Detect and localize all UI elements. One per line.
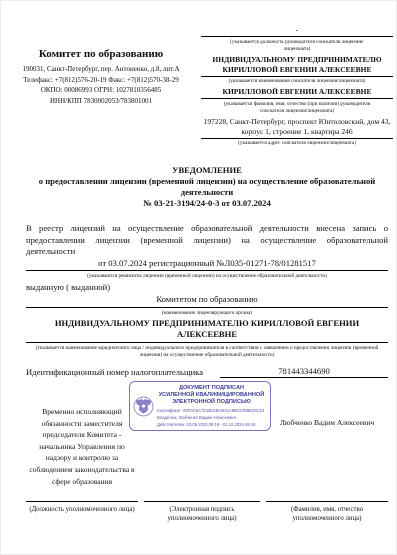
signer-name: Любченко Вадим Алексеевич <box>266 406 388 502</box>
stamp-certificate: Сертификат: 00F0C5A7D1B31BAE31A86D37B9E0… <box>157 406 266 413</box>
licensee-line: ИНДИВИДУАЛЬНОМУ ПРЕДПРИНИМАТЕЛЮ КИРИЛЛОВ… <box>26 318 388 343</box>
recipient-address-value: 197228, Санкт-Петербург, проспект Юнтоло… <box>201 117 393 139</box>
authority-line: Комитетом по образованию <box>26 294 388 308</box>
recipient-org-value: ИНДИВИДУАЛЬНОМУ ПРЕДПРИНИМАТЕЛЮ КИРИЛЛОВ… <box>201 55 393 77</box>
esignature-stamp: ДОКУМЕНТ ПОДПИСАН УСИЛЕННОЙ КВАЛИФИЦИРОВ… <box>129 381 271 431</box>
signature-name-column: Любченко Вадим Алексеевич (Фамилия, имя,… <box>266 406 388 524</box>
recipient-block: - (указывается должность руководителя со… <box>201 25 393 149</box>
document-number: № 03-21-3194/24-0-3 от 03.07.2024 <box>26 198 388 209</box>
inn-value: 781443344690 <box>220 365 388 378</box>
recipient-head-caption: (указывается фамилия, имя, отчество (при… <box>201 99 393 117</box>
sender-okpo-ogrn: ОКПО: 00086993 ОГРН: 1027810356485 <box>7 85 195 96</box>
authority-caption: (наименование лицензирующего органа) <box>26 308 388 318</box>
recipient-address-caption: (указывается адрес соискателя лицензии/л… <box>201 139 393 150</box>
sender-letterhead: Комитет по образованию 190031, Санкт-Пет… <box>7 47 195 106</box>
stamp-owner: Владелец: Любченко Вадим Алексеевич <box>157 413 266 420</box>
document-title: УВЕДОМЛЕНИЕ <box>26 165 388 176</box>
stamp-header-line1: ДОКУМЕНТ ПОДПИСАН <box>157 385 266 392</box>
recipient-head-value: КИРИЛЛОВОЙ ЕВГЕНИИ АЛЕКСЕЕВНЕ <box>201 87 393 99</box>
recipient-position-value: - <box>201 25 393 37</box>
stamp-header-line2: УСИЛЕННОЙ КВАЛИФИЦИРОВАННОЙ <box>157 392 266 399</box>
coat-of-arms-icon <box>133 396 154 417</box>
document-subtitle: о предоставлении лицензии (временной лиц… <box>26 176 388 198</box>
registration-caption: (указываются реквизиты лицензии (временн… <box>26 271 388 281</box>
body-paragraph: В реестр лицензий на осуществление образ… <box>26 223 388 258</box>
sender-address: 190031, Санкт-Петербург, пер. Антоненко,… <box>7 64 195 75</box>
inn-row: Идентификационный номер налогоплательщик… <box>26 365 388 378</box>
stamp-validity: Действителен: 03.09.2023 09:19 - 01.12.2… <box>157 420 266 427</box>
sender-inn-kpp: ИНН/КПП 7830002053/783801001 <box>7 96 195 107</box>
notification-document-page: Комитет по образованию 190031, Санкт-Пет… <box>0 0 397 555</box>
signer-name-caption: (Фамилия, имя, отчество уполномоченного … <box>266 502 388 524</box>
esign-caption: (Электронная подпись уполномоченного лиц… <box>144 502 260 524</box>
registration-line: от 03.07.2024 регистрационный №Л035-0127… <box>26 258 388 272</box>
sender-phone: Телефакс: +7(812)576-20-19 Факс: +7(812)… <box>7 75 195 86</box>
signer-position-caption: (Должность уполномоченного лица) <box>26 502 138 514</box>
recipient-org-caption: (указывается наименование соискателя лиц… <box>201 77 393 88</box>
issued-label: выданную ( выданной) <box>26 281 388 294</box>
inn-label: Идентификационный номер налогоплательщик… <box>26 366 220 378</box>
signer-position: Временно исполняющий обязанности замести… <box>26 406 138 502</box>
recipient-position-caption: (указывается должность руководителя соис… <box>201 37 393 55</box>
document-body: УВЕДОМЛЕНИЕ о предоставлении лицензии (в… <box>26 165 388 378</box>
sender-org-name: Комитет по образованию <box>7 47 195 61</box>
stamp-header-line3: ЭЛЕКТРОННОЙ ПОДПИСЬЮ <box>157 399 266 406</box>
licensee-caption: (указывается наименование юридического л… <box>26 343 388 360</box>
stamp-text: ДОКУМЕНТ ПОДПИСАН УСИЛЕННОЙ КВАЛИФИЦИРОВ… <box>157 385 266 427</box>
signature-position-column: Временно исполняющий обязанности замести… <box>26 406 138 524</box>
